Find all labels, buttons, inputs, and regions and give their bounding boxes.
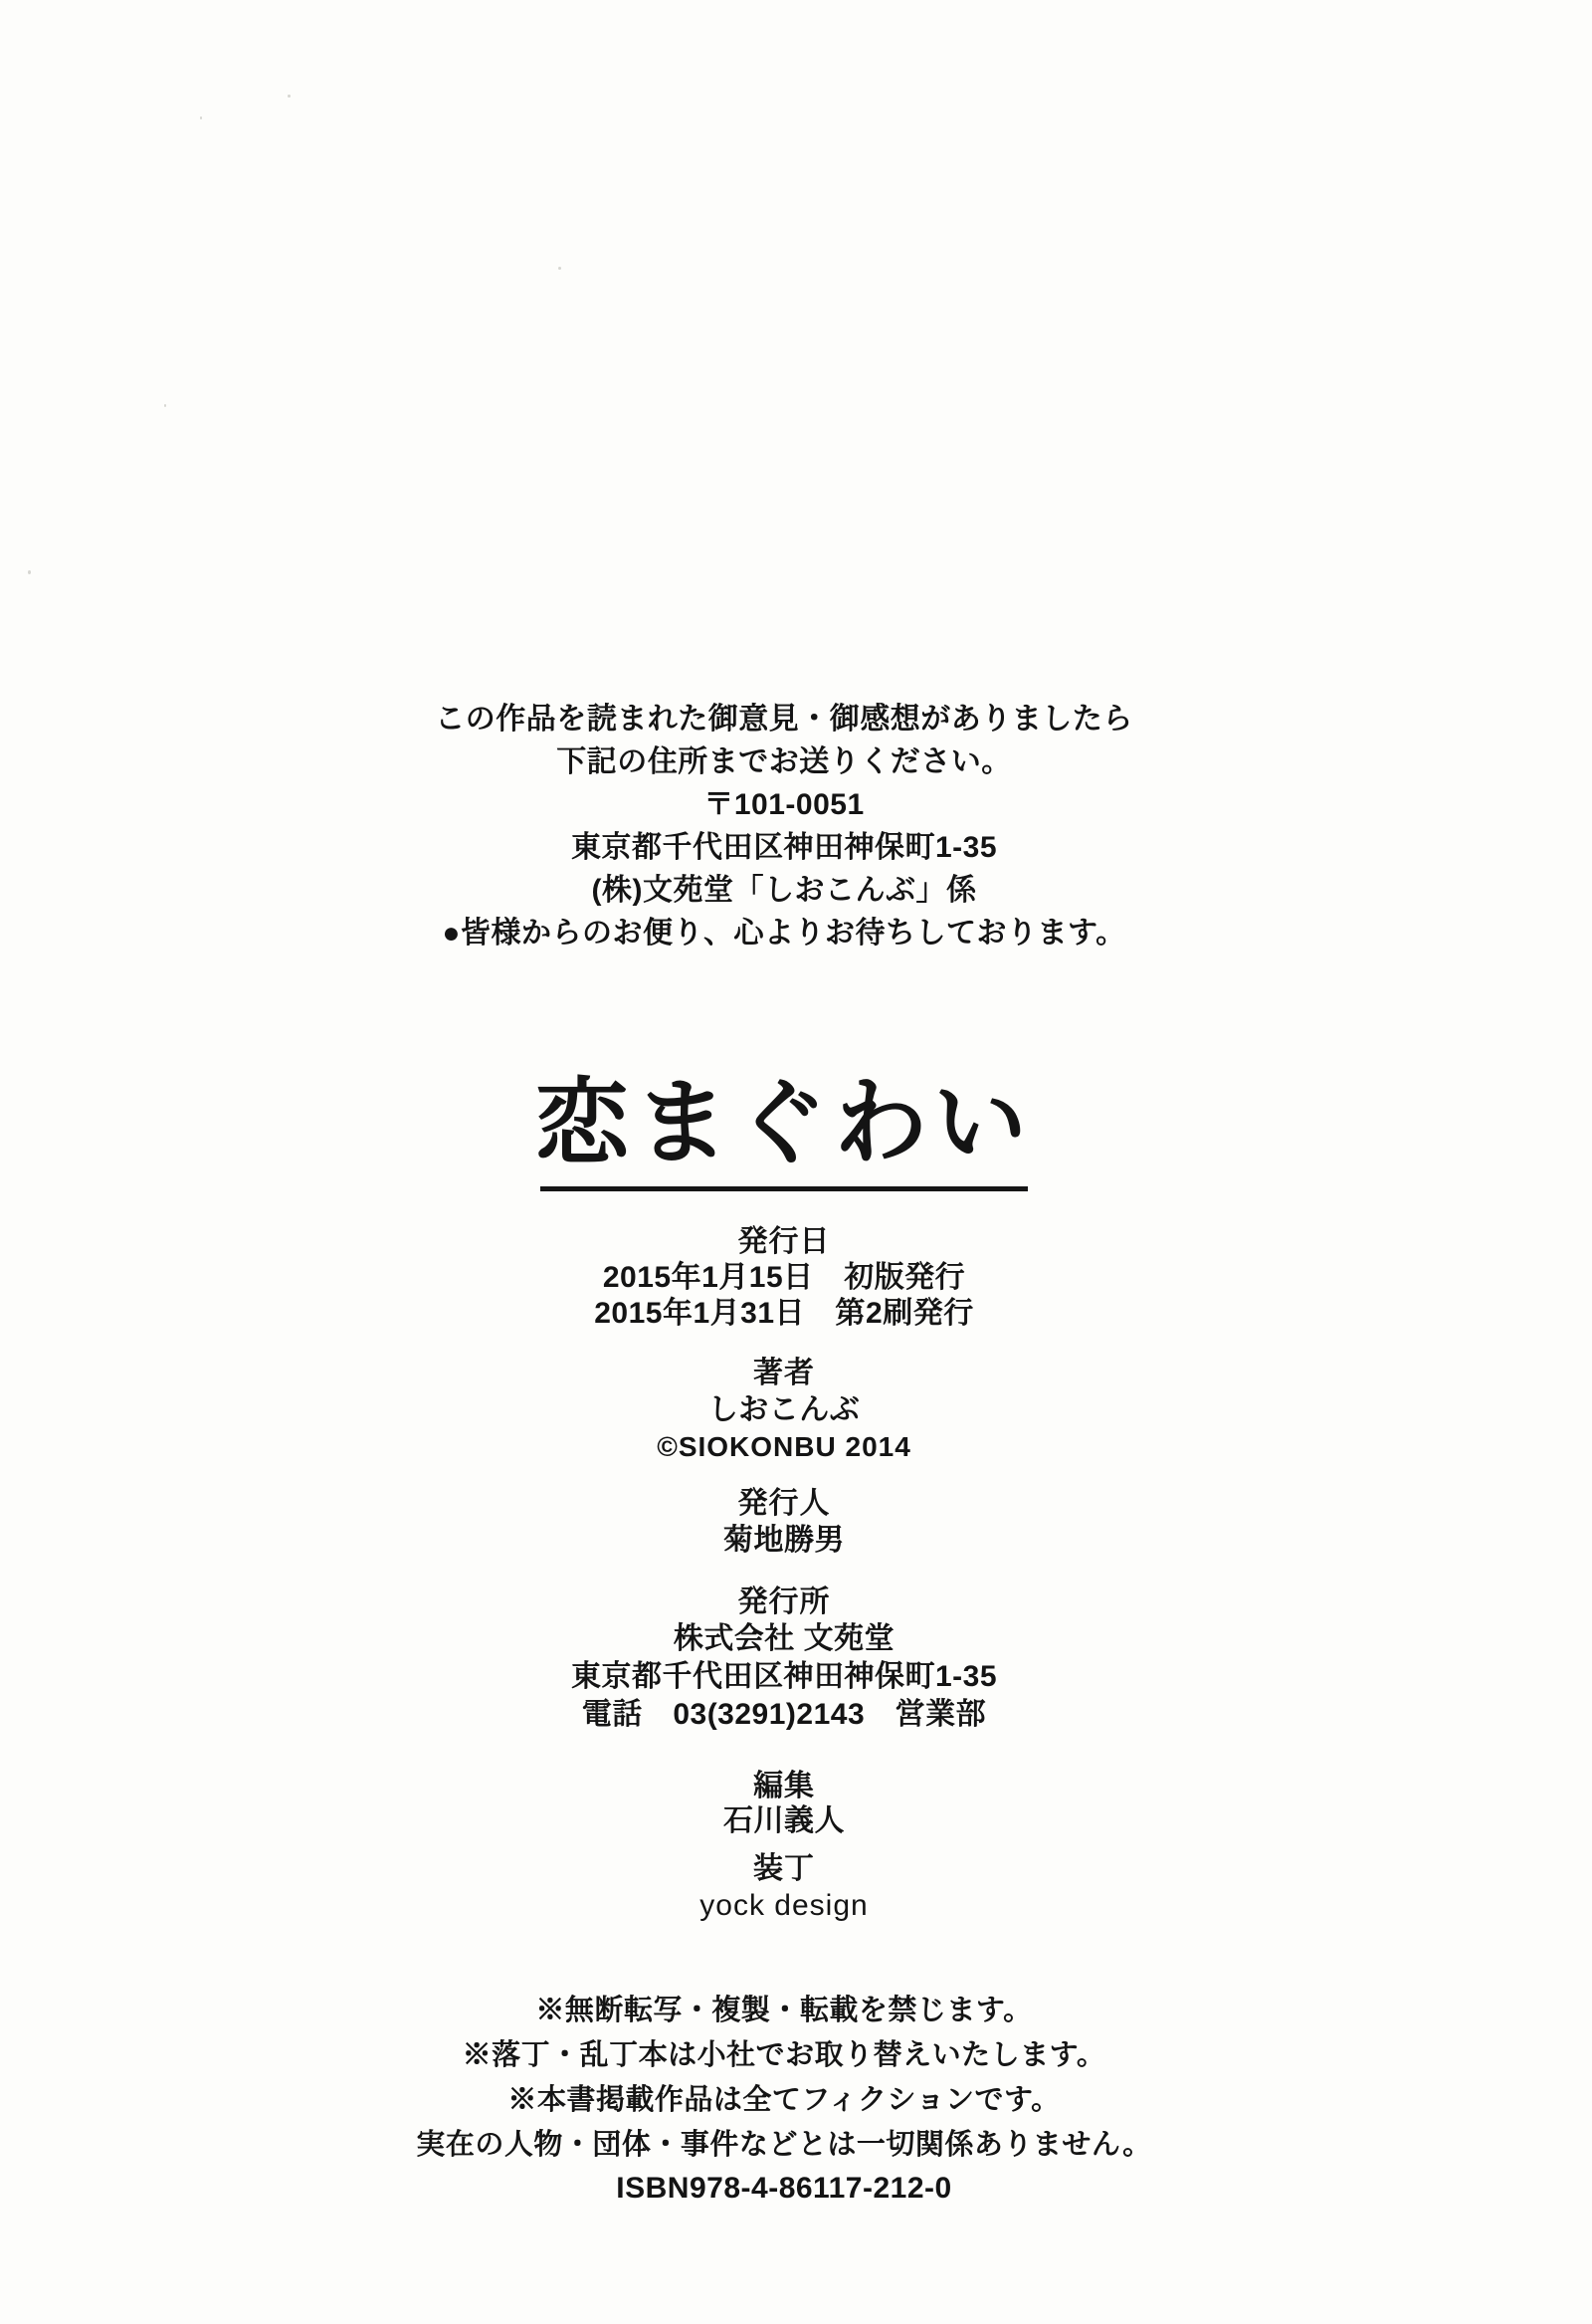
publisher-person-label: 発行人 (0, 1486, 1580, 1522)
section-publication-date: 発行日 2015年1月15日 初版発行 2015年1月31日 第2刷発行 (0, 1224, 1580, 1332)
title-block: 恋まぐわい (0, 1067, 1580, 1191)
editor-label: 編集 (0, 1769, 1580, 1804)
feedback-notice: この作品を読まれた御意見・御感想がありましたら 下記の住所までお送りください。 … (0, 698, 1580, 954)
publisher-address: 東京都千代田区神田神保町1-35 (0, 1658, 1580, 1696)
publisher-person-name: 菊地勝男 (0, 1522, 1580, 1560)
scan-speck (164, 404, 166, 407)
publication-date-entry: 2015年1月31日 第2刷発行 (0, 1296, 1580, 1332)
publication-date-label: 発行日 (0, 1224, 1580, 1260)
title-underline (540, 1186, 1028, 1191)
scan-speck (28, 570, 31, 574)
notice-no-relation: 実在の人物・団体・事件などとは一切関係ありません。 (0, 2123, 1580, 2168)
feedback-address: 東京都千代田区神田神保町1-35 (0, 826, 1580, 869)
section-design: 装丁 yock design (0, 1851, 1580, 1925)
design-label: 装丁 (0, 1851, 1580, 1887)
colophon-page: この作品を読まれた御意見・御感想がありましたら 下記の住所までお送りください。 … (0, 0, 1592, 2324)
scan-speck (558, 267, 561, 270)
postal-code: 〒101-0051 (0, 783, 1580, 826)
section-publisher: 発行所 株式会社 文苑堂 東京都千代田区神田神保町1-35 電話 03(3291… (0, 1585, 1580, 1734)
legal-notices: ※無断転写・複製・転載を禁じます。 ※落丁・乱丁本は小社でお取り替えいたします。… (0, 1989, 1580, 2168)
feedback-line-2: 下記の住所までお送りください。 (0, 740, 1580, 783)
isbn: ISBN978-4-86117-212-0 (0, 2172, 1580, 2206)
editor-name: 石川義人 (0, 1804, 1580, 1838)
scan-speck (200, 116, 202, 119)
scan-speck (288, 95, 291, 98)
author-label: 著者 (0, 1356, 1580, 1391)
book-title: 恋まぐわい (0, 1067, 1580, 1180)
publisher-label: 発行所 (0, 1585, 1580, 1620)
section-publisher-person: 発行人 菊地勝男 (0, 1486, 1580, 1560)
publication-date-entry: 2015年1月15日 初版発行 (0, 1260, 1580, 1296)
publisher-company: 株式会社 文苑堂 (0, 1620, 1580, 1658)
design-name: yock design (0, 1887, 1580, 1925)
feedback-recipient: (株)文苑堂「しおこんぶ」係 (0, 869, 1580, 912)
isbn-text: ISBN978-4-86117-212-0 (616, 2172, 951, 2205)
feedback-line-1: この作品を読まれた御意見・御感想がありましたら (0, 698, 1580, 740)
copyright-line: ©SIOKONBU 2014 (0, 1429, 1580, 1465)
notice-no-reproduction: ※無断転写・複製・転載を禁じます。 (0, 1989, 1580, 2033)
notice-fiction: ※本書掲載作品は全てフィクションです。 (0, 2078, 1580, 2123)
author-name: しおこんぶ (0, 1391, 1580, 1429)
publisher-phone: 電話 03(3291)2143 営業部 (0, 1696, 1580, 1734)
feedback-closing: ●皆様からのお便り、心よりお待ちしております。 (0, 912, 1580, 954)
section-author: 著者 しおこんぶ ©SIOKONBU 2014 (0, 1356, 1580, 1465)
notice-defective-copies: ※落丁・乱丁本は小社でお取り替えいたします。 (0, 2033, 1580, 2078)
section-editor: 編集 石川義人 (0, 1769, 1580, 1838)
